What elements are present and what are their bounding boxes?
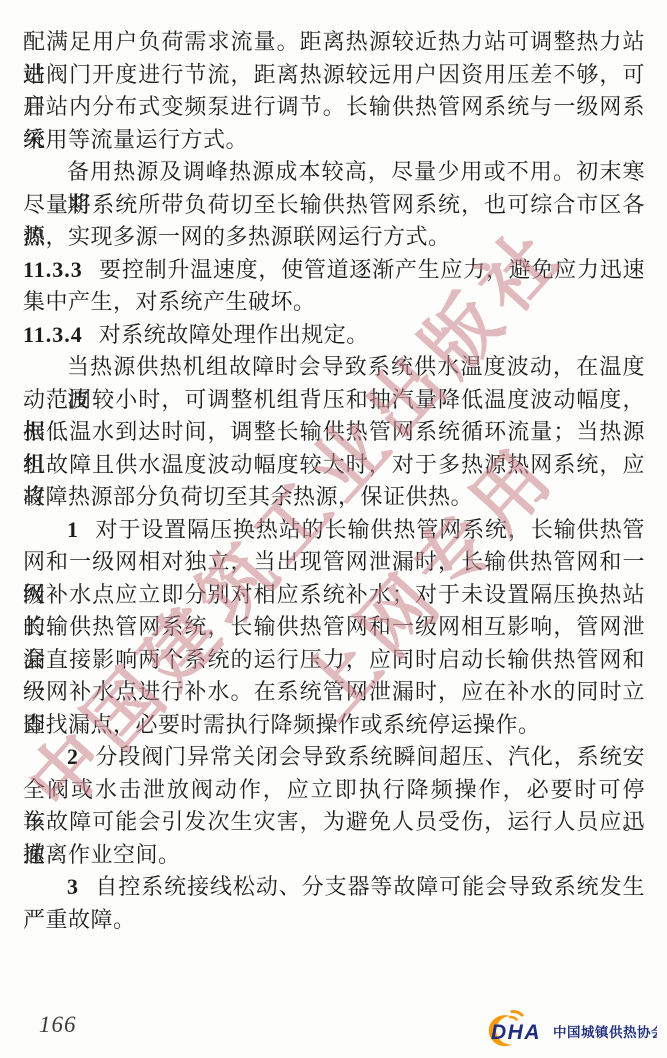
text-line: 网和一级网相对独立，当出现管网泄漏时，长输供热管网和一级 [23,546,645,579]
signal-arc-icon [510,1017,517,1020]
text-line: 据低温水到达时间，调整长输供热管网系统循环流量；当热源机 [23,416,645,449]
text-line: 3自控系统接线松动、分支器等故障可能会导致系统发生 [23,871,645,904]
document-page: 配满足用户负荷需求流量。距离热源较近热力站可调整热力站进站阀门开度进行节流，距离… [0,0,667,1058]
paragraph: 配满足用户负荷需求流量。距离热源较近热力站可调整热力站进站阀门开度进行节流，距离… [23,26,645,156]
paragraph: 备用热源及调峰热源成本较高，尽量少用或不用。初末寒期尽量将系统所带负荷切至长输供… [23,156,645,254]
text-line: 源，实现多源一网的多热源联网运行方式。 [23,221,645,254]
text-line: 2分段阀门异常关闭会导致系统瞬间超压、汽化，系统安 [23,741,645,774]
text-line: 全阀或水击泄放阀动作，应立即执行降频操作，必要时可停车。 [23,774,645,807]
line-text: 对于设置隔压换热站的长输供热管网系统，长输供热管 [95,517,645,542]
clause-number: 3 [67,874,95,899]
text-line: 启站内分布式变频泵进行调节。长输供热管网系统与一级网系统 [23,91,645,124]
text-line: 撤离作业空间。 [23,839,645,872]
association-logo: DHA 中国城镇供热协会 [477,1008,657,1050]
line-text: 分段阀门异常关闭会导致系统瞬间超压、汽化，系统安 [95,744,645,769]
text-line: 集中产生，对系统产生破坏。 [23,286,645,319]
clause-number: 11.3.4 [23,322,99,347]
text-line: 当热源供热机组故障时会导致系统供水温度波动，在温度波 [23,351,645,384]
text-line: 网补水点应立即分别对相应系统补水；对于未设置隔压换热站的 [23,579,645,612]
text-line: 级网补水点进行补水。在系统管网泄漏时，应在补水的同时立即 [23,676,645,709]
text-line: 查找漏点，必要时需执行降频操作或系统停运操作。 [23,709,645,742]
text-line: 该故障可能会引发次生灾害，为避免人员受伤，运行人员应迅速 [23,806,645,839]
signal-arc-icon [512,1011,522,1015]
logo-acronym: DHA [491,1021,541,1044]
text-line: 组故障且供水温度波动幅度较大时，对于多热源热网系统，应将 [23,449,645,482]
text-line: 配满足用户负荷需求流量。距离热源较近热力站可调整热力站进 [23,26,645,59]
text-line: 站阀门开度进行节流，距离热源较远用户因资用压差不够，可开 [23,59,645,92]
clause-number: 11.3.3 [23,257,99,282]
text-line: 备用热源及调峰热源成本较高，尽量少用或不用。初末寒期 [23,156,645,189]
text-line: 尽量将系统所带负荷切至长输供热管网系统，也可综合市区各热 [23,189,645,222]
line-text: 要控制升温速度，使管道逐渐产生应力，避免应力迅速 [99,257,645,282]
text-line: 长输供热管网系统，长输供热管网和一级网相互影响，管网泄漏 [23,611,645,644]
text-line: 1对于设置隔压换热站的长输供热管网系统，长输供热管 [23,514,645,547]
text-line: 故障热源部分负荷切至其余热源，保证供热。 [23,481,645,514]
clause-number: 2 [67,744,95,769]
text-line: 动范围较小时，可调整机组背压和抽汽量降低温度波动幅度，根 [23,384,645,417]
line-text: 自控系统接线松动、分支器等故障可能会导致系统发生 [95,874,645,899]
text-line: 11.3.3要控制升温速度，使管道逐渐产生应力，避免应力迅速 [23,254,645,287]
logo-org-name: 中国城镇供热协会 [553,1024,657,1040]
line-text: 对系统故障处理作出规定。 [99,322,369,347]
paragraph: 1对于设置隔压换热站的长输供热管网系统，长输供热管网和一级网相对独立，当出现管网… [23,514,645,742]
text-line: 采用等流量运行方式。 [23,124,645,157]
paragraph: 当热源供热机组故障时会导致系统供水温度波动，在温度波动范围较小时，可调整机组背压… [23,351,645,514]
text-line: 会直接影响两个系统的运行压力，应同时启动长输供热管网和一 [23,644,645,677]
paragraph: 11.3.3要控制升温速度，使管道逐渐产生应力，避免应力迅速集中产生，对系统产生… [23,254,645,319]
paragraph: 3自控系统接线松动、分支器等故障可能会导致系统发生严重故障。 [23,871,645,936]
cdha-logo-graphic: DHA 中国城镇供热协会 [477,1008,657,1050]
text-line: 11.3.4对系统故障处理作出规定。 [23,319,645,352]
paragraph: 11.3.4对系统故障处理作出规定。 [23,319,645,352]
paragraph: 2分段阀门异常关闭会导致系统瞬间超压、汽化，系统安全阀或水击泄放阀动作，应立即执… [23,741,645,871]
clause-number: 1 [67,517,95,542]
page-number: 166 [39,1012,77,1038]
text-line: 严重故障。 [23,904,645,937]
document-text: 配满足用户负荷需求流量。距离热源较近热力站可调整热力站进站阀门开度进行节流，距离… [23,26,645,936]
